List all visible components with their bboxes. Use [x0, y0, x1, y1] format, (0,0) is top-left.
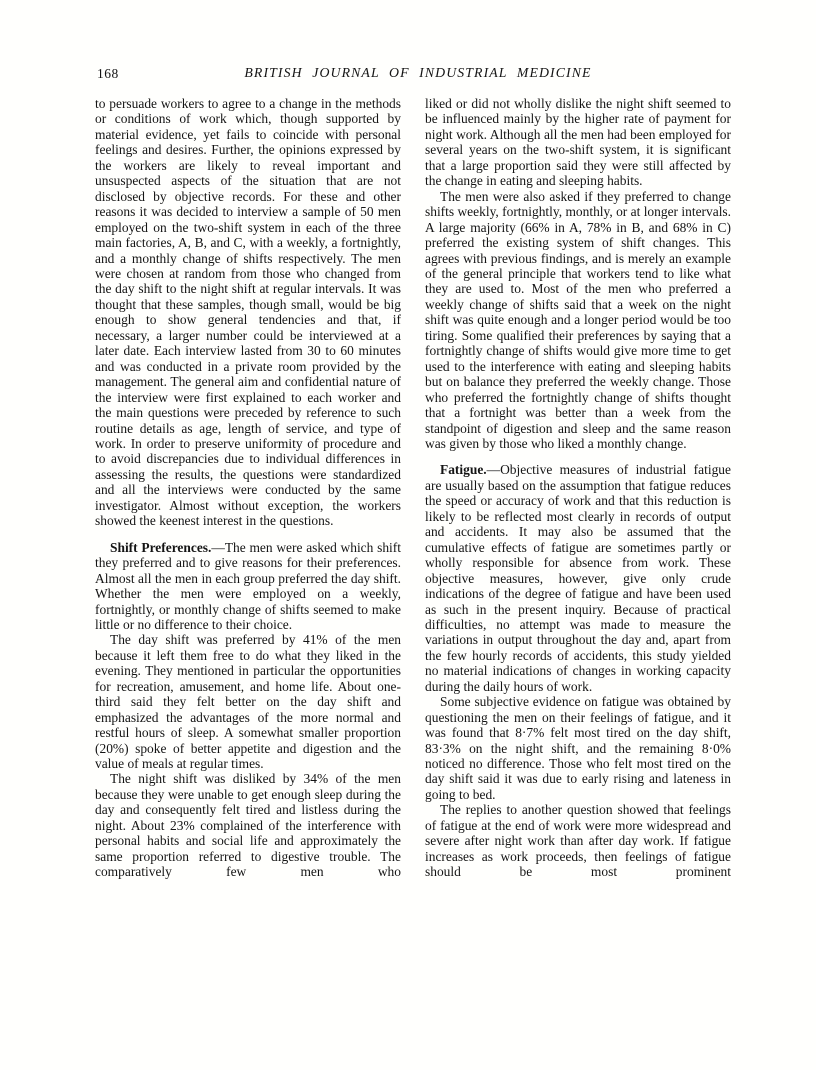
- paragraph-text: The night shift was disliked by 34% of t…: [95, 771, 401, 879]
- paragraph-text: liked or did not wholly dislike the nigh…: [425, 96, 731, 188]
- paragraph-night-shift-disliked: The night shift was disliked by 34% of t…: [95, 771, 401, 879]
- journal-page: 168 BRITISH JOURNAL OF INDUSTRIAL MEDICI…: [0, 0, 816, 1070]
- paragraph-text: —Objective measures of industrial fatigu…: [425, 462, 731, 693]
- paragraph-continuation-methods: to persuade workers to agree to a change…: [95, 96, 401, 529]
- page-header: 168 BRITISH JOURNAL OF INDUSTRIAL MEDICI…: [95, 64, 741, 84]
- paragraph-text: to persuade workers to agree to a change…: [95, 96, 401, 528]
- section-heading-shift-preferences: Shift Preferences.: [110, 540, 211, 555]
- paragraph-replies-fatigue: The replies to another question showed t…: [425, 802, 731, 879]
- paragraph-text: The men were also asked if they preferre…: [425, 189, 731, 451]
- paragraph-change-shift-intervals: The men were also asked if they preferre…: [425, 189, 731, 452]
- paragraph-continuation-night-shift: liked or did not wholly dislike the nigh…: [425, 96, 731, 189]
- paragraph-text: The day shift was preferred by 41% of th…: [95, 632, 401, 771]
- paragraph-shift-preferences: Shift Preferences.—The men were asked wh…: [95, 540, 401, 633]
- left-column: to persuade workers to agree to a change…: [95, 96, 401, 880]
- paragraph-fatigue: Fatigue.—Objective measures of industria…: [425, 462, 731, 694]
- paragraph-text: The replies to another question showed t…: [425, 802, 731, 879]
- journal-title: BRITISH JOURNAL OF INDUSTRIAL MEDICINE: [95, 65, 741, 81]
- paragraph-subjective-evidence: Some subjective evidence on fatigue was …: [425, 694, 731, 802]
- paragraph-day-shift-preferred: The day shift was preferred by 41% of th…: [95, 632, 401, 771]
- section-heading-fatigue: Fatigue.: [440, 462, 487, 477]
- paragraph-text: Some subjective evidence on fatigue was …: [425, 694, 731, 802]
- right-column: liked or did not wholly dislike the nigh…: [425, 96, 731, 880]
